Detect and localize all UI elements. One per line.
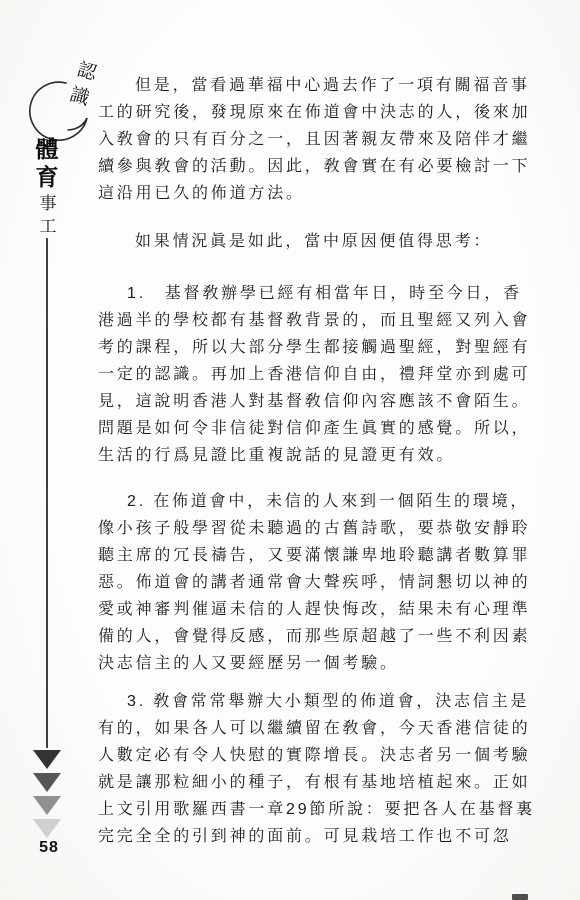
text-line: 上文引用歌羅西書一章29節所說：要把各人在基督裏 xyxy=(98,796,550,823)
paragraph: 3. 敎會常常舉辦大小類型的佈道會，決志信主是有的，如果各人可以繼續留在敎會，今… xyxy=(98,688,550,850)
text-line: 續參與敎會的活動。因此，敎會實在有必要檢討一下 xyxy=(98,153,550,180)
paragraph: 如果情況眞是如此，當中原因便值得思考： xyxy=(98,228,550,255)
text-line: 完完全全的引到神的面前。可見栽培工作也不可忽 xyxy=(98,823,550,850)
paragraph: 2. 在佈道會中，未信的人來到一個陌生的環境，像小孩子般學習從未聽過的古舊詩歌，… xyxy=(98,488,550,677)
text-line: 備的人，會覺得反感，而那些原超越了一些不利因素 xyxy=(98,623,550,650)
text-line: 生活的行爲見證比重複說話的見證更有效。 xyxy=(98,442,550,469)
text-line: 入敎會的只有百分之一，且因著親友帶來及陪伴才繼 xyxy=(98,126,550,153)
text-line: 有的，如果各人可以繼續留在敎會，今天香港信徒的 xyxy=(98,715,550,742)
text-line: 像小孩子般學習從未聽過的古舊詩歌，要恭敬安靜聆 xyxy=(98,515,550,542)
sidebar-series-label: 認識 xyxy=(65,57,100,113)
sidebar-title-bold: 體育 xyxy=(34,135,60,191)
text-line: 聽主席的冗長禱告，又要滿懷謙卑地聆聽講者數算罪 xyxy=(98,542,550,569)
text-line: 但是，當看過華福中心過去作了一項有關福音事 xyxy=(98,72,550,99)
text-line: 如果情況眞是如此，當中原因便值得思考： xyxy=(98,228,550,255)
text-line: 問題是如何令非信徒對信仰產生眞實的感覺。所以， xyxy=(98,415,550,442)
text-line: 2. 在佈道會中，未信的人來到一個陌生的環境， xyxy=(98,488,550,515)
text-line: 考的課程，所以大部分學生都接觸過聖經，對聖經有 xyxy=(98,334,550,361)
triangle-down-icon xyxy=(33,796,61,815)
text-line: 決志信主的人又要經歷另一個考驗。 xyxy=(98,650,550,677)
triangle-ornament-group xyxy=(33,750,61,842)
triangle-down-icon xyxy=(33,750,61,769)
triangle-down-icon xyxy=(33,819,61,838)
text-line: 一定的認識。再加上香港信仰自由，禮拜堂亦到處可 xyxy=(98,361,550,388)
text-line: 工的研究後，發現原來在佈道會中決志的人，後來加 xyxy=(98,99,550,126)
paragraph: 但是，當看過華福中心過去作了一項有關福音事工的研究後，發現原來在佈道會中決志的人… xyxy=(98,72,550,207)
triangle-down-icon xyxy=(33,773,61,792)
page-number: 58 xyxy=(34,839,64,857)
text-line: 見，這說明香港人對基督敎信仰內容應該不會陌生。 xyxy=(98,388,550,415)
sidebar-title-rest: 事工 xyxy=(38,192,58,238)
book-page: 認識 體育 事工 58 但是，當看過華福中心過去作了一項有關福音事工的研究後，發… xyxy=(0,0,580,900)
paragraph: 1. 基督敎辦學已經有相當年日，時至今日，香港過半的學校都有基督敎背景的，而且聖… xyxy=(98,280,550,469)
text-line: 這沿用已久的佈道方法。 xyxy=(98,180,550,207)
text-line: 就是讓那粒細小的種子，有根有基地培植起來。正如 xyxy=(98,769,550,796)
scan-artifact-mark xyxy=(512,894,528,900)
text-line: 人數定必有令人快慰的實際增長。決志者另一個考驗 xyxy=(98,742,550,769)
sidebar-vertical-rule xyxy=(46,238,48,748)
text-line: 惡。佈道會的講者通常會大聲疾呼，情詞懇切以神的 xyxy=(98,569,550,596)
text-block: 但是，當看過華福中心過去作了一項有關福音事工的研究後，發現原來在佈道會中決志的人… xyxy=(98,72,550,850)
text-line: 港過半的學校都有基督敎背景的，而且聖經又列入會 xyxy=(98,307,550,334)
text-line: 3. 敎會常常舉辦大小類型的佈道會，決志信主是 xyxy=(98,688,550,715)
text-line: 愛或神審判催逼未信的人趕快悔改，結果未有心理準 xyxy=(98,596,550,623)
text-line: 1. 基督敎辦學已經有相當年日，時至今日，香 xyxy=(98,280,550,307)
